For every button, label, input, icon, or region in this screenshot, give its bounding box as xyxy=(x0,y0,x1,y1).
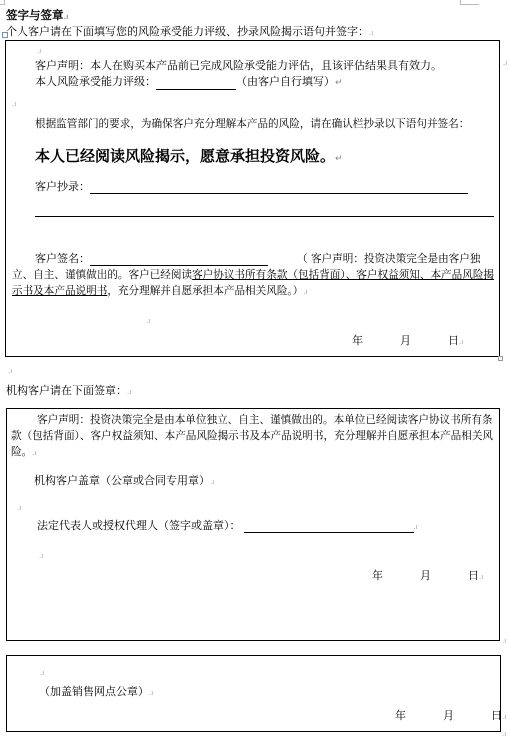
paragraph-mark: .ı xyxy=(39,553,43,560)
individual-instruction: 个人客户请在下面填写您的风险承受能力评级、抄录风险揭示语句并签字：.ı xyxy=(6,25,373,39)
date-day: 日 xyxy=(468,569,479,582)
copy-row: 客户抄录： xyxy=(35,180,468,194)
date-month: 月 xyxy=(420,569,431,582)
branch-seal-label: （加盖销售网点公章）.ı xyxy=(39,685,153,699)
institution-seal-text: 机构客户盖章（公章或合同专用章） xyxy=(34,474,210,487)
paragraph-mark: .ı xyxy=(503,60,507,67)
page-corner-mark-left xyxy=(0,0,5,5)
representative-input[interactable] xyxy=(244,520,414,533)
date-day: 日 xyxy=(491,709,502,722)
branch-seal-text: （加盖销售网点公章） xyxy=(39,685,149,698)
institution-declaration-text: 客户声明：投资决策完全是由本单位独立、自主、谨慎做出的。本单位已经阅读客户协议书… xyxy=(11,414,493,458)
risk-rating-label: 本人风险承受能力评级： xyxy=(35,75,156,88)
paragraph-mark: .ı xyxy=(8,368,12,375)
individual-declaration-text: 客户声明：本人在购买本产品前已完成风险承受能力评估，且该评估结果具有效力。 xyxy=(35,59,442,72)
date-month: 月 xyxy=(400,334,411,347)
paragraph-mark: .ı xyxy=(303,288,307,296)
institution-instruction: 机构客户请在下面签章：.ı xyxy=(6,384,131,398)
individual-notice: （ 客户声明：投资决策完全是由客户独立、自主、谨慎做出的。客户已经阅读客户协议书… xyxy=(12,251,496,299)
paragraph-mark: .ı xyxy=(414,523,418,531)
representative-row: 法定代表人或授权代理人（签字或盖章）：.ı xyxy=(37,519,418,533)
copy-input-line-2[interactable] xyxy=(35,216,494,217)
paragraph-mark: .ı xyxy=(32,449,36,457)
representative-label: 法定代表人或授权代理人（签字或盖章）： xyxy=(37,519,241,532)
regulation-text: 根据监管部门的要求，为确保客户充分理解本产品的风险，请在确认栏抄录以下语句并签名… xyxy=(35,117,469,131)
paragraph-mark: .ı xyxy=(502,638,506,645)
notice-suffix: ，充分理解并自愿承担本产品相关风险。） xyxy=(107,285,303,297)
paragraph-mark: .ı xyxy=(479,573,483,581)
institution-seal-label: 机构客户盖章（公章或合同专用章）.ı xyxy=(34,474,214,488)
section-title: 签字与签章.ı xyxy=(6,8,69,22)
paragraph-mark: .ı xyxy=(12,101,16,108)
paragraph-mark: .ı xyxy=(40,670,44,677)
risk-statement-text: 本人已经阅读风险揭示，愿意承担投资风险。 xyxy=(35,147,335,165)
paragraph-mark: .ı xyxy=(64,13,69,21)
risk-rating-input[interactable] xyxy=(156,77,236,90)
paragraph-mark: .ı xyxy=(210,478,214,486)
copy-label: 客户抄录： xyxy=(35,180,90,193)
individual-declaration: 客户声明：本人在购买本产品前已完成风险承受能力评估，且该评估结果具有效力。 xyxy=(35,59,442,73)
regulation-text-content: 根据监管部门的要求，为确保客户充分理解本产品的风险，请在确认栏抄录以下语句并签名… xyxy=(35,118,469,130)
branch-date: 年 月 日.ı xyxy=(395,709,506,723)
date-year: 年 xyxy=(372,569,383,582)
paragraph-mark: .ı xyxy=(146,318,150,325)
return-mark: ↵ xyxy=(335,78,343,88)
return-mark: ↵ xyxy=(335,154,343,164)
institution-declaration: 客户声明：投资决策完全是由本单位独立、自主、谨慎做出的。本单位已经阅读客户协议书… xyxy=(11,412,497,460)
section-title-text: 签字与签章 xyxy=(6,8,64,22)
institution-instruction-text: 机构客户请在下面签章： xyxy=(6,384,127,397)
paragraph-mark: .ı xyxy=(502,731,506,738)
paragraph-mark: .ı xyxy=(502,713,506,721)
paragraph-mark: .ı xyxy=(459,338,463,346)
paragraph-mark: .ı xyxy=(127,388,131,396)
individual-date: 年 月 日.ı xyxy=(352,334,463,348)
page-corner-mark-right xyxy=(460,0,479,5)
date-month: 月 xyxy=(443,709,454,722)
risk-rating-row: 本人风险承受能力评级：（由客户自行填写）↵ xyxy=(35,75,343,90)
paragraph-mark: .ı xyxy=(149,689,153,697)
risk-rating-hint: （由客户自行填写） xyxy=(236,75,335,88)
paragraph-mark: .ı xyxy=(17,505,21,512)
paragraph-mark: .ı xyxy=(369,29,373,37)
date-day: 日 xyxy=(448,334,459,347)
institution-date: 年 月 日.ı xyxy=(372,569,483,583)
paragraph-mark: .ı xyxy=(37,48,41,55)
individual-instruction-text: 个人客户请在下面填写您的风险承受能力评级、抄录风险揭示语句并签字： xyxy=(6,25,369,38)
risk-statement: 本人已经阅读风险揭示，愿意承担投资风险。↵ xyxy=(35,146,343,169)
table-resize-handle[interactable] xyxy=(498,356,503,361)
date-year: 年 xyxy=(352,334,363,347)
date-year: 年 xyxy=(395,709,406,722)
copy-input-line-1[interactable] xyxy=(90,181,468,194)
